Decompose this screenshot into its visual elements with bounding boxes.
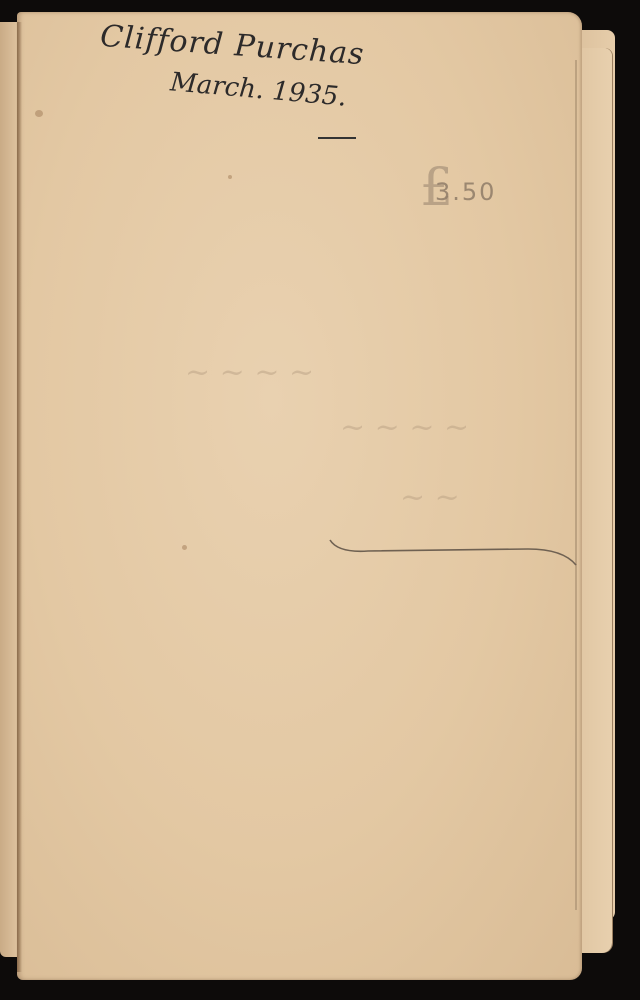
foxing-spot <box>228 175 232 179</box>
gutter-shadow <box>17 22 22 972</box>
ink-underline <box>318 137 356 139</box>
foxing-spot <box>182 545 187 550</box>
page-edge-line <box>575 60 577 910</box>
pencil-price: 3.50 <box>435 178 496 206</box>
erased-pencil-note: ~ ~ ~ ~ <box>185 355 314 390</box>
erased-pencil-note: ~ ~ <box>400 480 460 515</box>
pencil-stroke <box>328 535 578 575</box>
endpaper-page <box>17 12 582 980</box>
foxing-spot <box>35 110 43 117</box>
erased-pencil-note: ~ ~ ~ ~ <box>340 410 469 445</box>
